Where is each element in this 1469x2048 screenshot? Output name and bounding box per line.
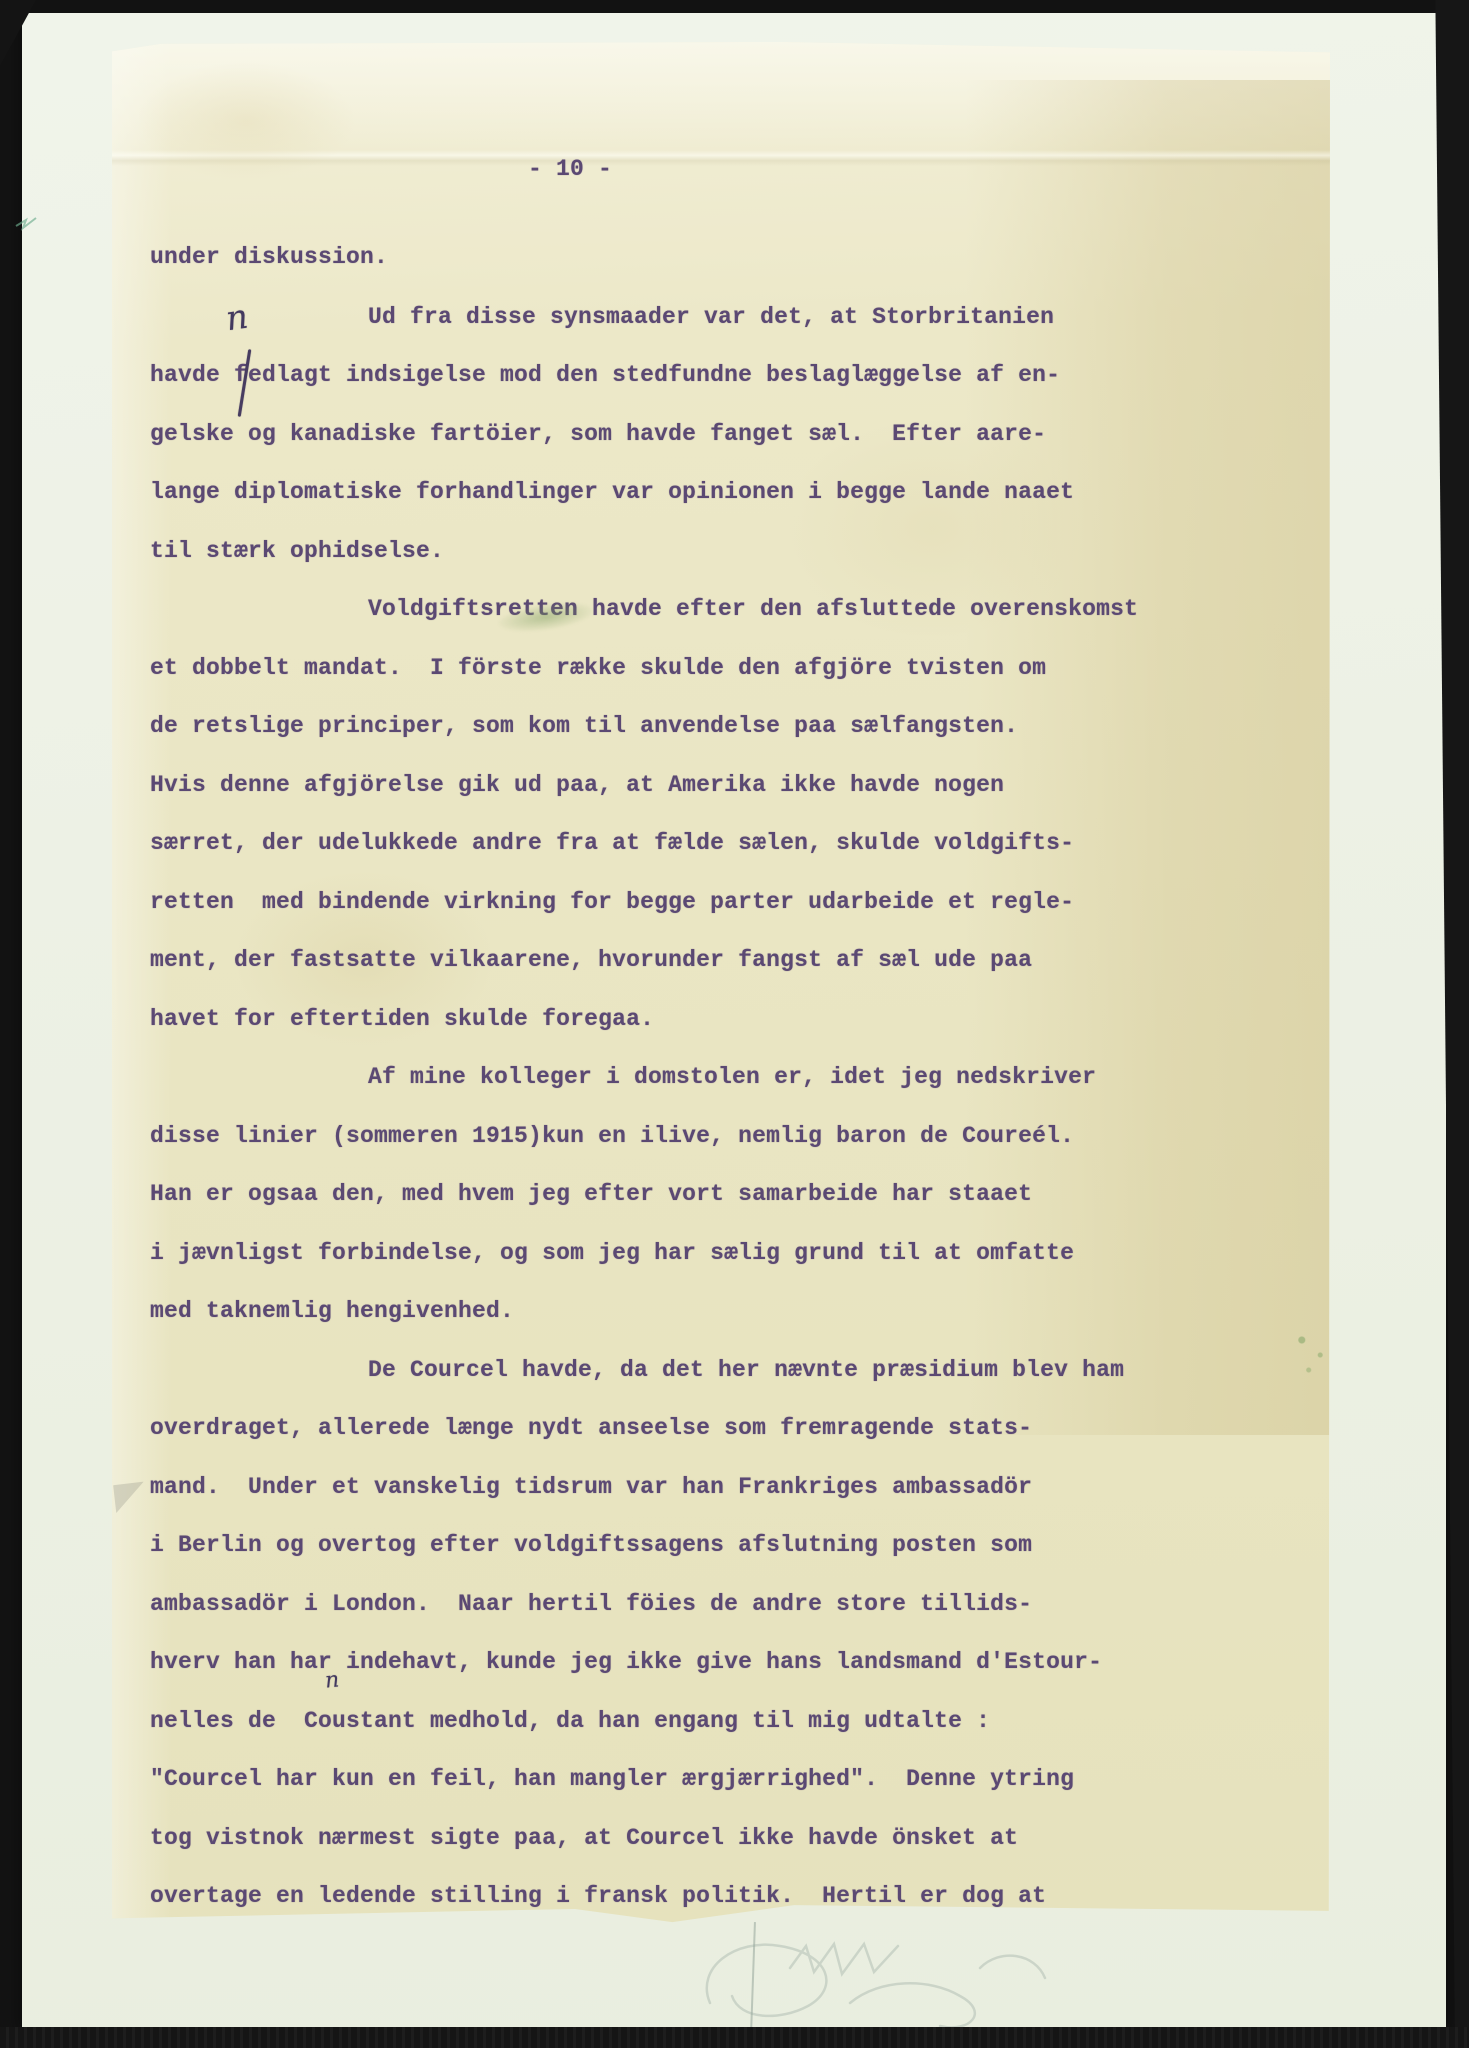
page-number: - 10 - <box>528 155 612 183</box>
typed-line: Voldgiftsretten havde efter den afslutte… <box>368 595 1138 623</box>
margin-check-mark <box>14 214 40 234</box>
typed-line: disse linier (sommeren 1915)kun en ilive… <box>150 1122 1074 1150</box>
typed-line: i Berlin og overtog efter voldgiftssagen… <box>150 1531 1032 1559</box>
typed-line: til stærk ophidselse. <box>150 537 444 565</box>
typed-line: havet for eftertiden skulde foregaa. <box>150 1005 654 1033</box>
handwritten-correction: n <box>223 297 250 340</box>
typed-line: Hvis denne afgjörelse gik ud paa, at Ame… <box>150 771 1004 799</box>
scan-border-top <box>0 0 1469 13</box>
typed-line: et dobbelt mandat. I förste række skulde… <box>150 654 1046 682</box>
handwritten-correction: n <box>324 1667 340 1693</box>
typed-line: under diskussion. <box>150 243 388 271</box>
typed-line: overtage en ledende stilling i fransk po… <box>150 1882 1046 1910</box>
typed-line: havde fedlagt indsigelse mod den stedfun… <box>150 361 1060 389</box>
typed-line: lange diplomatiske forhandlinger var opi… <box>150 478 1074 506</box>
scanned-document: - 10 - under diskussion.Ud fra disse syn… <box>0 0 1469 2048</box>
typed-line: Af mine kolleger i domstolen er, idet je… <box>368 1063 1096 1091</box>
text-layer: - 10 - under diskussion.Ud fra disse syn… <box>0 0 1469 2048</box>
typed-line: de retslige principer, som kom til anven… <box>150 712 1018 740</box>
typed-line: gelske og kanadiske fartöier, som havde … <box>150 420 1046 448</box>
typed-line: De Courcel havde, da det her nævnte præs… <box>368 1356 1124 1384</box>
typed-line: ment, der fastsatte vilkaarene, hvorunde… <box>150 946 1032 974</box>
typed-line: overdraget, allerede længe nydt anseelse… <box>150 1414 1032 1442</box>
typed-line: ambassadör i London. Naar hertil föies d… <box>150 1590 1032 1618</box>
typed-line: særret, der udelukkede andre fra at fæld… <box>150 829 1074 857</box>
typed-line: "Courcel har kun en feil, han mangler ær… <box>150 1765 1074 1793</box>
ink-specks <box>1288 1322 1334 1382</box>
typed-line: i jævnligst forbindelse, og som jeg har … <box>150 1239 1074 1267</box>
typed-line: tog vistnok nærmest sigte paa, at Cource… <box>150 1824 1018 1852</box>
typed-line: hverv han har indehavt, kunde jeg ikke g… <box>150 1648 1102 1676</box>
scan-border-bottom <box>0 2027 1469 2048</box>
typed-line: mand. Under et vanskelig tidsrum var han… <box>150 1473 1032 1501</box>
typed-line: Han er ogsaa den, med hvem jeg efter vor… <box>150 1180 1032 1208</box>
typed-line: Ud fra disse synsmaader var det, at Stor… <box>368 303 1054 331</box>
typed-line: med taknemlig hengivenhed. <box>150 1297 514 1325</box>
typed-line: retten med bindende virkning for begge p… <box>150 888 1074 916</box>
typed-line: nelles de Coustant medhold, da han engan… <box>150 1707 990 1735</box>
